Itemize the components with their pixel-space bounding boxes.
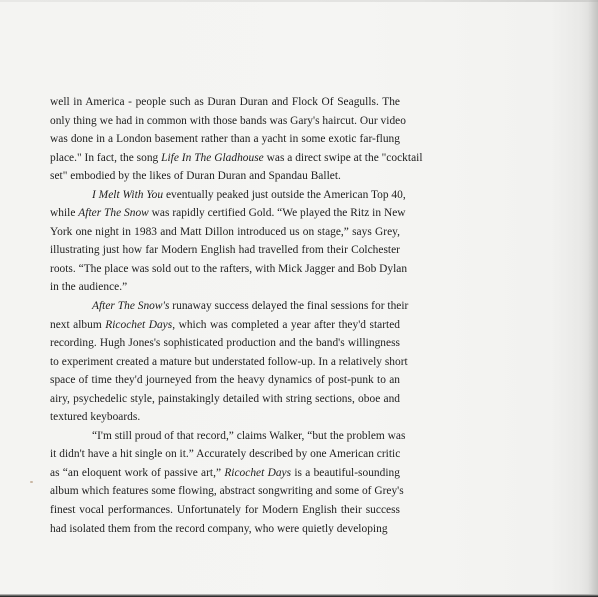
- text-segment: only thing we had in common with those b…: [50, 115, 406, 127]
- text-line: space of time they'd journeyed from the …: [50, 371, 400, 390]
- text-line: in the audience.”: [50, 278, 400, 297]
- text-segment: space of time they'd journeyed from the …: [50, 374, 400, 386]
- text-segment: was done in a London basement rather tha…: [50, 133, 400, 145]
- italic-title: Life In The Gladhouse: [161, 152, 264, 164]
- text-line: to experiment created a mature but under…: [50, 353, 400, 372]
- text-segment: “I'm still proud of that record,” claims…: [92, 430, 405, 442]
- text-line: York one night in 1983 and Matt Dillon i…: [50, 223, 400, 242]
- text-line: textured keyboards.: [50, 408, 400, 427]
- scanned-page: well in America - people such as Duran D…: [0, 0, 598, 597]
- text-segment: is a beautiful-sounding: [291, 467, 400, 479]
- text-line: roots. “The place was sold out to the ra…: [50, 260, 400, 279]
- text-segment: well in America - people such as Duran D…: [50, 96, 400, 108]
- text-line: airy, psychedelic style, painstakingly d…: [50, 390, 400, 409]
- text-line: well in America - people such as Duran D…: [50, 93, 400, 112]
- text-line: illustrating just how far Modern English…: [50, 241, 400, 260]
- italic-title: After The Snow's: [92, 300, 169, 312]
- text-segment: had isolated them from the record compan…: [50, 523, 388, 535]
- text-segment: eventually peaked just outside the Ameri…: [163, 189, 406, 201]
- text-line: I Melt With You eventually peaked just o…: [50, 186, 400, 205]
- text-segment: was a direct swipe at the "cocktail: [264, 152, 423, 164]
- italic-title: After The Snow: [78, 207, 149, 219]
- text-segment: it didn't have a hit single on it.” Accu…: [50, 448, 400, 460]
- text-segment: next album: [50, 319, 105, 331]
- text-line: was done in a London basement rather tha…: [50, 130, 400, 149]
- text-line: had isolated them from the record compan…: [50, 520, 400, 539]
- text-line: “I'm still proud of that record,” claims…: [50, 427, 400, 446]
- body-text: well in America - people such as Duran D…: [50, 93, 400, 538]
- italic-title: Ricochet Days: [105, 319, 172, 331]
- text-line: it didn't have a hit single on it.” Accu…: [50, 445, 400, 464]
- text-segment: in the audience.”: [50, 281, 127, 293]
- text-line: recording. Hugh Jones's sophisticated pr…: [50, 334, 400, 353]
- scan-speck: [30, 481, 33, 483]
- italic-title: I Melt With You: [92, 189, 163, 201]
- text-segment: while: [50, 207, 78, 219]
- scan-top-edge: [0, 0, 598, 2]
- text-segment: to experiment created a mature but under…: [50, 356, 408, 368]
- text-segment: roots. “The place was sold out to the ra…: [50, 263, 407, 275]
- text-line: only thing we had in common with those b…: [50, 112, 400, 131]
- text-segment: York one night in 1983 and Matt Dillon i…: [50, 226, 400, 238]
- text-segment: , which was completed a year after they'…: [172, 319, 400, 331]
- text-line: set" embodied by the likes of Duran Dura…: [50, 167, 400, 186]
- text-segment: finest vocal performances. Unfortunately…: [50, 504, 400, 516]
- text-line: place." In fact, the song Life In The Gl…: [50, 149, 400, 168]
- text-line: After The Snow's runaway success delayed…: [50, 297, 400, 316]
- text-line: while After The Snow was rapidly certifi…: [50, 204, 400, 223]
- text-line: album which features some flowing, abstr…: [50, 482, 400, 501]
- text-segment: airy, psychedelic style, painstakingly d…: [50, 393, 400, 405]
- scan-right-shadow: [588, 0, 598, 597]
- italic-title: Ricochet Days: [224, 467, 291, 479]
- text-line: next album Ricochet Days, which was comp…: [50, 316, 400, 335]
- text-line: as “an eloquent work of passive art,” Ri…: [50, 464, 400, 483]
- text-segment: album which features some flowing, abstr…: [50, 485, 404, 497]
- text-segment: set" embodied by the likes of Duran Dura…: [50, 170, 341, 182]
- text-segment: illustrating just how far Modern English…: [50, 244, 400, 256]
- text-segment: place." In fact, the song: [50, 152, 161, 164]
- text-segment: was rapidly certified Gold. “We played t…: [149, 207, 406, 219]
- text-segment: as “an eloquent work of passive art,”: [50, 467, 224, 479]
- text-segment: recording. Hugh Jones's sophisticated pr…: [50, 337, 400, 349]
- text-segment: textured keyboards.: [50, 411, 140, 423]
- text-line: finest vocal performances. Unfortunately…: [50, 501, 400, 520]
- text-segment: runaway success delayed the final sessio…: [169, 300, 408, 312]
